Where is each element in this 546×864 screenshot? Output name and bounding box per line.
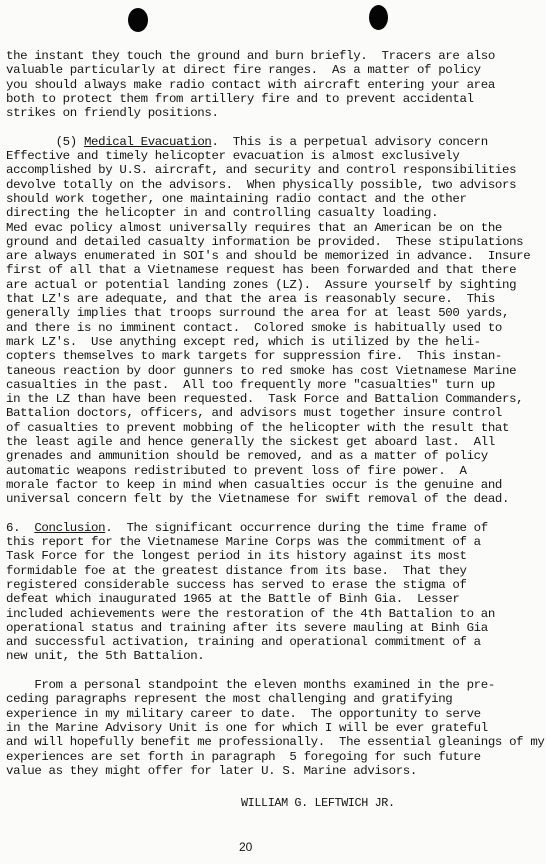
text-line: Med evac policy almost universally requi…	[6, 221, 544, 235]
page-number: 20	[239, 840, 252, 854]
text-line: value as they might offer for later U. S…	[6, 764, 544, 778]
punch-hole-left	[128, 8, 148, 32]
text-line: of casualties to prevent mobbing of the …	[6, 421, 544, 435]
text-line: From a personal standpoint the eleven mo…	[6, 678, 544, 692]
text-line: operational status and training after it…	[6, 621, 544, 635]
text-line: Task Force for the longest period in its…	[6, 549, 544, 563]
text-line: casualties in the past. All too frequent…	[6, 378, 544, 392]
text-line: the instant they touch the ground and bu…	[6, 49, 544, 63]
text-line: you should always make radio contact wit…	[6, 78, 544, 92]
text-line: Effective and timely helicopter evacuati…	[6, 149, 544, 163]
text-line: copters themselves to mark targets for s…	[6, 349, 544, 363]
conclusion-heading-line: 6. Conclusion. The significant occurrenc…	[6, 521, 544, 535]
text-line: accomplished by U.S. aircraft, and secur…	[6, 163, 544, 177]
text-line: new unit, the 5th Battalion.	[6, 649, 544, 663]
text-line: formidable foe at the greatest distance …	[6, 564, 544, 578]
text-line: universal concern felt by the Vietnamese…	[6, 492, 544, 506]
section-heading-conclusion: Conclusion	[34, 521, 105, 535]
paragraph-conclusion: 6. Conclusion. The significant occurrenc…	[6, 521, 544, 664]
text-line: valuable particularly at direct fire ran…	[6, 63, 544, 77]
paragraph-tracers-continued: the instant they touch the ground and bu…	[6, 49, 544, 120]
paragraph-medical-evacuation: (5) Medical Evacuation. This is a perpet…	[6, 135, 544, 507]
text-line: directing the helicopter in and controll…	[6, 206, 544, 220]
text-line: and there is no imminent contact. Colore…	[6, 321, 544, 335]
text-line: and successful activation, training and …	[6, 635, 544, 649]
text-line: grenades and ammunition should be remove…	[6, 449, 544, 463]
text-line: in the Marine Advisory Unit is one for w…	[6, 721, 544, 735]
text-line: and will hopefully benefit me profession…	[6, 735, 544, 749]
text-line: devolve totally on the advisors. When ph…	[6, 178, 544, 192]
text-line: experience in my military career to date…	[6, 707, 544, 721]
text-line: that LZ's are adequate, and that the are…	[6, 292, 544, 306]
text-line: included achievements were the restorati…	[6, 607, 544, 621]
text-line: should work together, one maintaining ra…	[6, 192, 544, 206]
text-line: defeat which inaugurated 1965 at the Bat…	[6, 592, 544, 606]
punch-hole-right	[369, 5, 388, 30]
text-line: mark LZ's. Use anything except red, whic…	[6, 335, 544, 349]
text-line: both to protect them from artillery fire…	[6, 92, 544, 106]
text-line: experiences are set forth in paragraph 5…	[6, 750, 544, 764]
text-line: in the LZ than have been requested. Task…	[6, 392, 544, 406]
text-line: Battalion doctors, officers, and advisor…	[6, 406, 544, 420]
medevac-heading-line: (5) Medical Evacuation. This is a perpet…	[6, 135, 544, 149]
text-line: first of all that a Vietnamese request h…	[6, 263, 544, 277]
text-line: are always enumerated in SOI's and shoul…	[6, 249, 544, 263]
text-line: the least agile and hence generally the …	[6, 435, 544, 449]
section-heading-medical-evacuation: Medical Evacuation	[84, 135, 212, 149]
text-line: taneous reaction by door gunners to red …	[6, 364, 544, 378]
text-line: generally implies that troops surround t…	[6, 306, 544, 320]
text-line: strikes on friendly positions.	[6, 106, 544, 120]
paragraph-personal-standpoint: From a personal standpoint the eleven mo…	[6, 678, 544, 778]
text-line: automatic weapons redistributed to preve…	[6, 464, 544, 478]
text-line: ceding paragraphs represent the most cha…	[6, 692, 544, 706]
text-line: are actual or potential landing zones (L…	[6, 278, 544, 292]
text-line: this report for the Vietnamese Marine Co…	[6, 535, 544, 549]
text-line: registered considerable success has serv…	[6, 578, 544, 592]
text-line: morale factor to keep in mind when casua…	[6, 478, 544, 492]
text-line: ground and detailed casualty information…	[6, 235, 544, 249]
signature: WILLIAM G. LEFTWICH JR.	[241, 796, 395, 810]
document-page: the instant they touch the ground and bu…	[6, 49, 544, 778]
